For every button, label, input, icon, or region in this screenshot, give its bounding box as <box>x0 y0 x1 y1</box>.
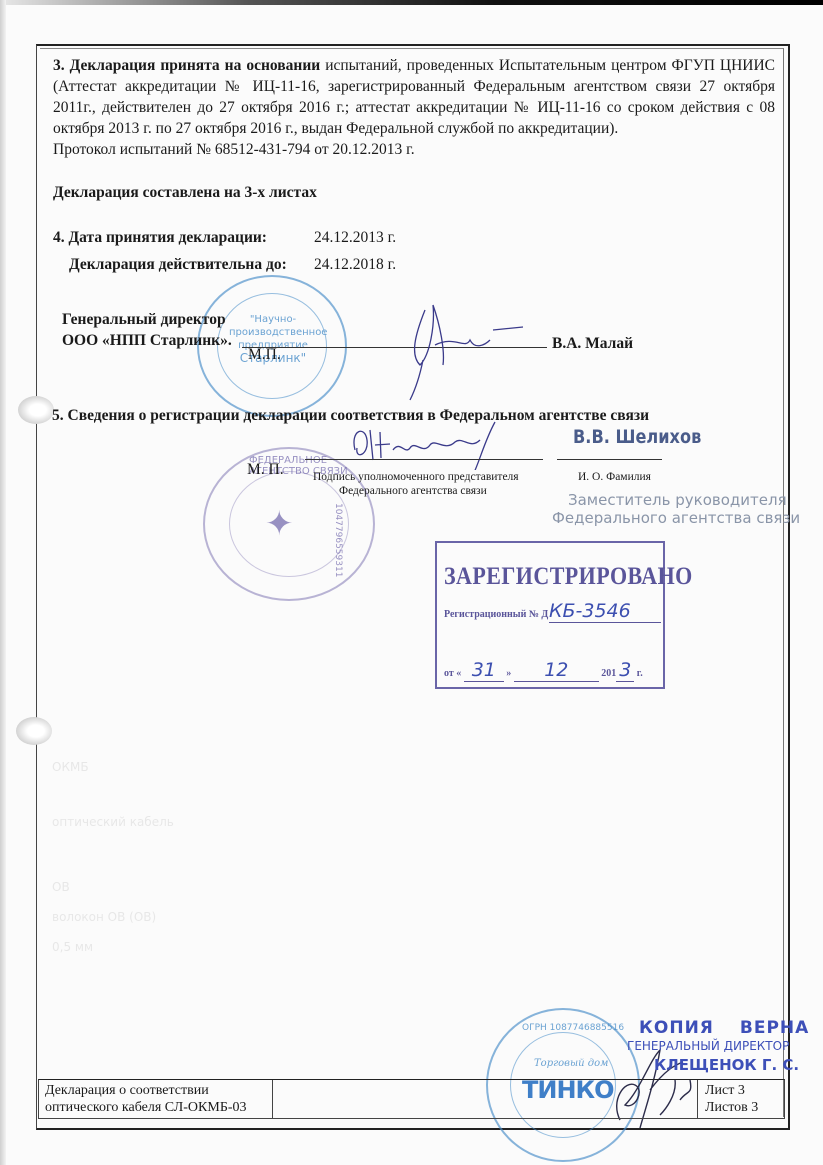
official-name-stamp: В.В. Шелихов <box>573 426 701 448</box>
acceptance-date-value: 24.12.2013 г. <box>314 227 396 248</box>
trading-house-label: Торговый дом <box>534 1058 608 1069</box>
registration-stamp: ЗАРЕГИСТРИРОВАНО Регистрационный № Д КБ-… <box>435 541 665 689</box>
footer-divider <box>272 1080 273 1118</box>
registration-month: 12 <box>514 659 599 682</box>
registration-date: от « 31 » 12 2013 г. <box>444 659 662 682</box>
company-seal-line: "Научно- <box>229 313 317 326</box>
bleed-through-text: оптический кабель <box>52 815 174 829</box>
official-signature <box>345 420 525 470</box>
section-3: 3. Декларация принята на основании испыт… <box>53 55 775 160</box>
scan-top-edge <box>0 0 823 5</box>
signatory-company: ООО «НПП Старлинк». <box>62 330 232 351</box>
registration-number: КБ-3546 <box>549 600 661 623</box>
coat-of-arms-icon: ✦ <box>265 504 294 544</box>
footer-title: оптического кабеля СЛ-ОКМБ-03 <box>45 1099 247 1116</box>
footer-title-block: Декларация о соответствии оптического ка… <box>38 1079 785 1119</box>
signatory-name: В.А. Малай <box>552 333 633 354</box>
registration-stamp-title: ЗАРЕГИСТРИРОВАНО <box>444 563 693 591</box>
registration-year-digit: 3 <box>616 659 634 682</box>
company-seal-line: производственное <box>229 326 317 339</box>
official-title: Заместитель руководителя <box>568 491 787 509</box>
bleed-through-text: волокон ОВ (ОВ) <box>52 910 156 924</box>
footer-sheet-cell: Лист 3 Листов 3 <box>697 1080 784 1118</box>
section-3-heading: 3. Декларация принята на основании <box>53 57 320 74</box>
sheet-number: Лист 3 <box>705 1082 745 1099</box>
punch-hole <box>18 396 54 424</box>
signature-caption: Федерального агентства связи <box>339 481 487 502</box>
registration-number-label: Регистрационный № Д <box>444 609 548 620</box>
copy-certified-stamp: КОПИЯВЕРНА <box>639 1018 809 1038</box>
director-signature <box>395 295 545 405</box>
footer-title: Декларация о соответствии <box>45 1082 209 1099</box>
copy-certified-name: КЛЕЩЕНОК Г. С. <box>654 1056 799 1074</box>
sheets-note: Декларация составлена на 3-х листах <box>53 182 317 203</box>
name-caption: И. О. Фамилия <box>578 467 651 488</box>
official-title: Федерального агентства связи <box>552 509 800 527</box>
agency-seal-ogrn: 1047796559311 <box>333 503 343 577</box>
agency-seal-label: М. П. <box>247 459 284 480</box>
valid-until-label: Декларация действительна до: <box>69 254 287 275</box>
signatory-position: Генеральный директор <box>62 309 226 330</box>
test-protocol: Протокол испытаний № 68512-431-794 от 20… <box>53 139 775 160</box>
acceptance-date-label: 4. Дата принятия декларации: <box>53 227 267 248</box>
bleed-through-text: ОВ <box>52 880 70 894</box>
copy-certified-position: ГЕНЕРАЛЬНЫЙ ДИРЕКТОР <box>627 1039 789 1053</box>
bleed-through-text: 0,5 мм <box>52 940 93 954</box>
registration-day: 31 <box>464 659 504 682</box>
bleed-through-text: ОКМБ <box>52 760 89 774</box>
name-line <box>557 459 662 460</box>
scan-left-edge <box>0 0 6 1165</box>
valid-until-value: 24.12.2018 г. <box>314 254 396 275</box>
punch-hole <box>16 717 52 745</box>
trading-house-ogrn: ОГРН 1087746885516 <box>522 1023 624 1033</box>
sheets-total: Листов 3 <box>705 1099 758 1116</box>
signature-line <box>305 459 543 460</box>
